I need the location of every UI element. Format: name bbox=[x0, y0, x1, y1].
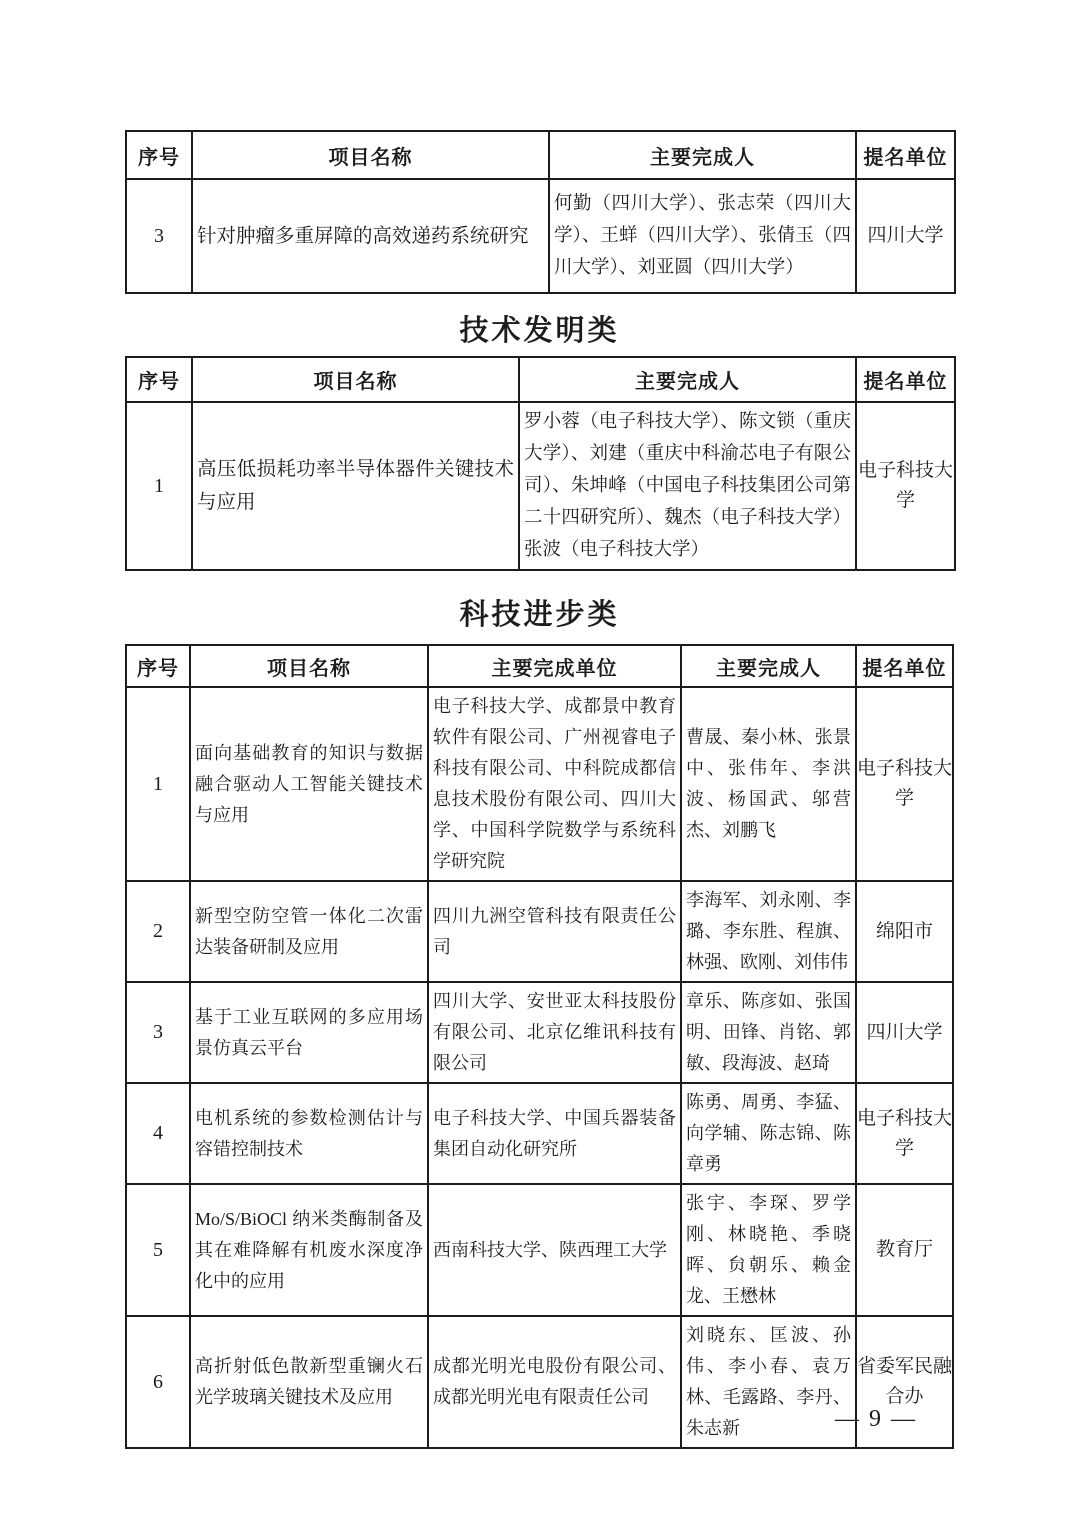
col-header-no: 序号 bbox=[126, 645, 190, 687]
col-header-nominator: 提名单位 bbox=[856, 131, 955, 179]
cell-nominator: 绵阳市 bbox=[856, 881, 953, 982]
cell-people: 刘晓东、匡波、孙伟、李小春、袁万林、毛露路、李丹、朱志新 bbox=[681, 1316, 856, 1448]
cell-no: 1 bbox=[126, 687, 190, 881]
cell-project: 面向基础教育的知识与数据融合驱动人工智能关键技术与应用 bbox=[190, 687, 428, 881]
col-header-people: 主要完成人 bbox=[549, 131, 856, 179]
col-header-org: 主要完成单位 bbox=[428, 645, 681, 687]
cell-org: 电子科技大学、成都景中教育软件有限公司、广州视睿电子科技有限公司、中科院成都信息… bbox=[428, 687, 681, 881]
section-title-invention: 技术发明类 bbox=[125, 308, 954, 349]
col-header-no: 序号 bbox=[126, 357, 192, 402]
table-header-row: 序号 项目名称 主要完成单位 主要完成人 提名单位 bbox=[126, 645, 953, 687]
cell-people: 李海军、刘永刚、李璐、李东胜、程旗、林强、欧刚、刘伟伟 bbox=[681, 881, 856, 982]
cell-nominator: 四川大学 bbox=[856, 982, 953, 1083]
cell-project: 新型空防空管一体化二次雷达装备研制及应用 bbox=[190, 881, 428, 982]
cell-no: 1 bbox=[126, 402, 192, 570]
table-progress: 序号 项目名称 主要完成单位 主要完成人 提名单位 1 面向基础教育的知识与数据… bbox=[125, 644, 954, 1449]
page-number: — 9 — bbox=[835, 1406, 917, 1433]
cell-nominator: 电子科技大学 bbox=[856, 1083, 953, 1184]
cell-no: 3 bbox=[126, 179, 192, 293]
table-row: 3 基于工业互联网的多应用场景仿真云平台 四川大学、安世亚太科技股份有限公司、北… bbox=[126, 982, 953, 1083]
table-invention: 序号 项目名称 主要完成人 提名单位 1 高压低损耗功率半导体器件关键技术与应用… bbox=[125, 356, 956, 571]
col-header-project: 项目名称 bbox=[192, 131, 549, 179]
table-row: 5 Mo/S/BiOCl 纳米类酶制备及其在难降解有机废水深度净化中的应用 西南… bbox=[126, 1184, 953, 1316]
cell-no: 4 bbox=[126, 1083, 190, 1184]
col-header-people: 主要完成人 bbox=[519, 357, 856, 402]
table-row: 2 新型空防空管一体化二次雷达装备研制及应用 四川九洲空管科技有限责任公司 李海… bbox=[126, 881, 953, 982]
cell-nominator: 电子科技大学 bbox=[856, 687, 953, 881]
col-header-nominator: 提名单位 bbox=[856, 645, 953, 687]
cell-people: 章乐、陈彦如、张国明、田锋、肖铭、郭敏、段海波、赵琦 bbox=[681, 982, 856, 1083]
table-header-row: 序号 项目名称 主要完成人 提名单位 bbox=[126, 357, 955, 402]
table-row: 4 电机系统的参数检测估计与容错控制技术 电子科技大学、中国兵器装备集团自动化研… bbox=[126, 1083, 953, 1184]
cell-no: 2 bbox=[126, 881, 190, 982]
cell-org: 四川大学、安世亚太科技股份有限公司、北京亿维讯科技有限公司 bbox=[428, 982, 681, 1083]
col-header-project: 项目名称 bbox=[192, 357, 519, 402]
cell-project: 高压低损耗功率半导体器件关键技术与应用 bbox=[192, 402, 519, 570]
col-header-no: 序号 bbox=[126, 131, 192, 179]
cell-people: 张宇、李琛、罗学刚、林晓艳、季晓晖、贠朝乐、赖金龙、王懋林 bbox=[681, 1184, 856, 1316]
table-row: 3 针对肿瘤多重屏障的高效递药系统研究 何勤（四川大学）、张志荣（四川大学）、王… bbox=[126, 179, 955, 293]
cell-nominator: 四川大学 bbox=[856, 179, 955, 293]
cell-org: 西南科技大学、陕西理工大学 bbox=[428, 1184, 681, 1316]
table-continued: 序号 项目名称 主要完成人 提名单位 3 针对肿瘤多重屏障的高效递药系统研究 何… bbox=[125, 130, 956, 294]
table-row: 1 面向基础教育的知识与数据融合驱动人工智能关键技术与应用 电子科技大学、成都景… bbox=[126, 687, 953, 881]
section-title-progress: 科技进步类 bbox=[125, 592, 954, 633]
col-header-project: 项目名称 bbox=[190, 645, 428, 687]
col-header-people: 主要完成人 bbox=[681, 645, 856, 687]
cell-project: Mo/S/BiOCl 纳米类酶制备及其在难降解有机废水深度净化中的应用 bbox=[190, 1184, 428, 1316]
table-header-row: 序号 项目名称 主要完成人 提名单位 bbox=[126, 131, 955, 179]
cell-project: 基于工业互联网的多应用场景仿真云平台 bbox=[190, 982, 428, 1083]
cell-nominator: 电子科技大学 bbox=[856, 402, 955, 570]
cell-org: 电子科技大学、中国兵器装备集团自动化研究所 bbox=[428, 1083, 681, 1184]
cell-project: 电机系统的参数检测估计与容错控制技术 bbox=[190, 1083, 428, 1184]
cell-people: 何勤（四川大学）、张志荣（四川大学）、王蛘（四川大学）、张倩玉（四川大学）、刘亚… bbox=[549, 179, 856, 293]
cell-people: 曹晟、秦小林、张景中、张伟年、李洪波、杨国武、邬营杰、刘鹏飞 bbox=[681, 687, 856, 881]
col-header-nominator: 提名单位 bbox=[856, 357, 955, 402]
cell-no: 5 bbox=[126, 1184, 190, 1316]
table-row: 1 高压低损耗功率半导体器件关键技术与应用 罗小蓉（电子科技大学）、陈文锁（重庆… bbox=[126, 402, 955, 570]
cell-people: 罗小蓉（电子科技大学）、陈文锁（重庆大学）、刘建（重庆中科渝芯电子有限公司）、朱… bbox=[519, 402, 856, 570]
cell-no: 6 bbox=[126, 1316, 190, 1448]
cell-nominator: 教育厅 bbox=[856, 1184, 953, 1316]
cell-project: 高折射低色散新型重镧火石光学玻璃关键技术及应用 bbox=[190, 1316, 428, 1448]
cell-no: 3 bbox=[126, 982, 190, 1083]
cell-people: 陈勇、周勇、李猛、向学辅、陈志锦、陈章勇 bbox=[681, 1083, 856, 1184]
cell-project: 针对肿瘤多重屏障的高效递药系统研究 bbox=[192, 179, 549, 293]
table-row: 6 高折射低色散新型重镧火石光学玻璃关键技术及应用 成都光明光电股份有限公司、成… bbox=[126, 1316, 953, 1448]
cell-org: 成都光明光电股份有限公司、成都光明光电有限责任公司 bbox=[428, 1316, 681, 1448]
cell-org: 四川九洲空管科技有限责任公司 bbox=[428, 881, 681, 982]
